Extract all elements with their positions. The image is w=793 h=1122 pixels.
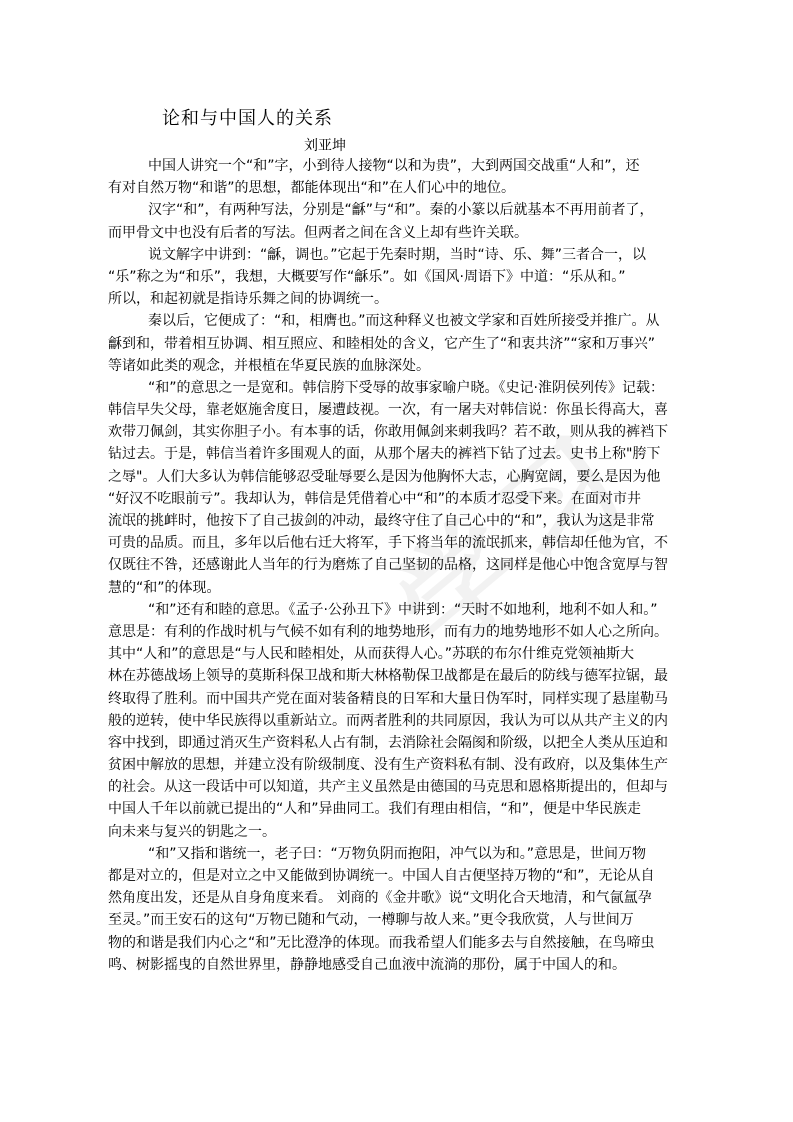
- text-line: 可贵的品质。而且，多年以后他右迁大将军，手下将当年的流氓抓来，韩信却任他为官，不: [108, 532, 688, 554]
- text-line: 慧的“和”的体现。: [108, 577, 688, 599]
- text-line: 意思是：有利的作战时机与气候不如有利的地势地形，而有力的地势地形不如人心之所向。: [108, 621, 688, 643]
- text-line: 终取得了胜利。而中国共产党在面对装备精良的日军和大量日伪军时，同样实现了悬崖勒马: [108, 688, 688, 710]
- text-line: 欢带刀佩剑，其实你胆子小。有本事的话，你敢用佩剑来刺我吗？若不敢，则从我的裤裆下: [108, 421, 688, 443]
- text-line: 鸣、树影摇曳的自然世界里，静静地感受自己血液中流淌的那份，属于中国人的和。: [108, 954, 688, 976]
- text-line: 之辱"。人们大多认为韩信能够忍受耻辱要么是因为他胸怀大志，心胸宽阔，要么是因为他: [108, 466, 688, 488]
- text-line: 钻过去。于是，韩信当着许多围观人的面，从那个屠夫的裤裆下钻了过去。史书上称"胯下: [108, 443, 688, 465]
- text-line: 说文解字中讲到：“龢，调也。”它起于先秦时期，当时“诗、乐、舞”三者合一，以: [108, 244, 688, 266]
- text-line: “乐”称之为“和乐”，我想，大概要写作“龢乐”。如《国风·周语下》中道：“乐从和…: [108, 266, 688, 288]
- text-line: 其中“人和”的意思是“与人民和睦相处，从而获得人心。”苏联的布尔什维克党领袖斯大: [108, 643, 688, 665]
- text-line: 的社会。从这一段话中可以知道，共产主义虽然是由德国的马克思和恩格斯提出的，但却与: [108, 776, 688, 798]
- text-line: 所以，和起初就是指诗乐舞之间的协调统一。: [108, 288, 688, 310]
- text-line: “和”的意思之一是宽和。韩信胯下受辱的故事家喻户晓。《史记·淮阴侯列传》记载：: [108, 377, 688, 399]
- text-line: 而甲骨文中也没有后者的写法。但两者之间在含义上却有些许关联。: [108, 222, 688, 244]
- paragraph-4: 秦以后，它便成了：“和，相膺也。”而这种释义也被文学家和百姓所接受并推广。从 龢…: [108, 310, 688, 377]
- text-line: 贫困中解放的思想，并建立没有阶级制度、没有生产资料私有制、没有政府，以及集体生产: [108, 754, 688, 776]
- text-line: 林在苏德战场上领导的莫斯科保卫战和斯大林格勒保卫战都是在最后的防线与德军拉锯，最: [108, 665, 688, 687]
- text-line: 向未来与复兴的钥匙之一。: [108, 821, 688, 843]
- paragraph-2: 汉字“和”，有两种写法，分别是“龢”与“和”。秦的小篆以后就基本不再用前者了， …: [108, 199, 688, 243]
- document-page: 学习 论和与中国人的关系 刘亚坤 中国人讲究一个“和”字，小到待人接物“以和为贵…: [0, 0, 793, 1122]
- document-body: 中国人讲究一个“和”字，小到待人接物“以和为贵”，大到两国交战重“人和”，还 有…: [108, 155, 688, 976]
- author-name: 刘亚坤: [304, 135, 346, 155]
- text-line: 等诸如此类的观念，并根植在华夏民族的血脉深处。: [108, 355, 688, 377]
- text-line: 容中找到，即通过消灭生产资料私人占有制，去消除社会隔阂和阶级，以把全人类从压迫和: [108, 732, 688, 754]
- text-line: 韩信早失父母，靠老妪施舍度日，屡遭歧视。一次，有一屠夫对韩信说：你虽长得高大，喜: [108, 399, 688, 421]
- text-line: “好汉不吃眼前亏”。我却认为，韩信是凭借着心中“和”的本质才忍受下来。在面对市井: [108, 488, 688, 510]
- text-line: 然角度出发，还是从自身角度来看。 刘商的《金井歌》说“文明化合天地清，和气氤氲孕: [108, 887, 688, 909]
- text-line: 流氓的挑衅时，他按下了自己拔剑的冲动，最终守住了自己心中的“和”，我认为这是非常: [108, 510, 688, 532]
- text-line: 至灵。”而王安石的这句“万物已随和气动，一樽聊与故人来。”更令我欣赏，人与世间万: [108, 909, 688, 931]
- paragraph-1: 中国人讲究一个“和”字，小到待人接物“以和为贵”，大到两国交战重“人和”，还 有…: [108, 155, 688, 199]
- text-line: “和”还有和睦的意思。《孟子·公孙丑下》中讲到：“天时不如地利，地利不如人和。”: [108, 599, 688, 621]
- text-line: 秦以后，它便成了：“和，相膺也。”而这种释义也被文学家和百姓所接受并推广。从: [108, 310, 688, 332]
- text-line: 中国人千年以前就已提出的“人和”异曲同工。我们有理由相信，“和”，便是中华民族走: [108, 798, 688, 820]
- text-line: 般的逆转，使中华民族得以重新站立。而两者胜利的共同原因，我认为可以从共产主义的内: [108, 710, 688, 732]
- paragraph-3: 说文解字中讲到：“龢，调也。”它起于先秦时期，当时“诗、乐、舞”三者合一，以 “…: [108, 244, 688, 311]
- text-line: 龢到和，带着相互协调、相互照应、和睦相处的含义，它产生了“和衷共济”“家和万事兴…: [108, 333, 688, 355]
- paragraph-6: “和”还有和睦的意思。《孟子·公孙丑下》中讲到：“天时不如地利，地利不如人和。”…: [108, 599, 688, 843]
- paragraph-5: “和”的意思之一是宽和。韩信胯下受辱的故事家喻户晓。《史记·淮阴侯列传》记载： …: [108, 377, 688, 599]
- text-line: 有对自然万物“和谐”的思想，都能体现出“和”在人们心中的地位。: [108, 177, 688, 199]
- text-line: “和”又指和谐统一，老子曰：“万物负阴而抱阳，冲气以为和。”意思是，世间万物: [108, 843, 688, 865]
- text-line: 物的和谐是我们内心之“和”无比澄净的体现。而我希望人们能多去与自然接触，在鸟啼虫: [108, 932, 688, 954]
- text-line: 仅既往不咎，还感谢此人当年的行为磨炼了自己坚韧的品格，这同样是他心中饱含宽厚与智: [108, 554, 688, 576]
- text-line: 都是对立的，但是对立之中又能做到协调统一。中国人自古便坚持万物的“和”，无论从自: [108, 865, 688, 887]
- paragraph-7: “和”又指和谐统一，老子曰：“万物负阴而抱阳，冲气以为和。”意思是，世间万物 都…: [108, 843, 688, 976]
- document-title: 论和与中国人的关系: [162, 104, 333, 130]
- text-line: 中国人讲究一个“和”字，小到待人接物“以和为贵”，大到两国交战重“人和”，还: [108, 155, 688, 177]
- text-line: 汉字“和”，有两种写法，分别是“龢”与“和”。秦的小篆以后就基本不再用前者了，: [108, 199, 688, 221]
